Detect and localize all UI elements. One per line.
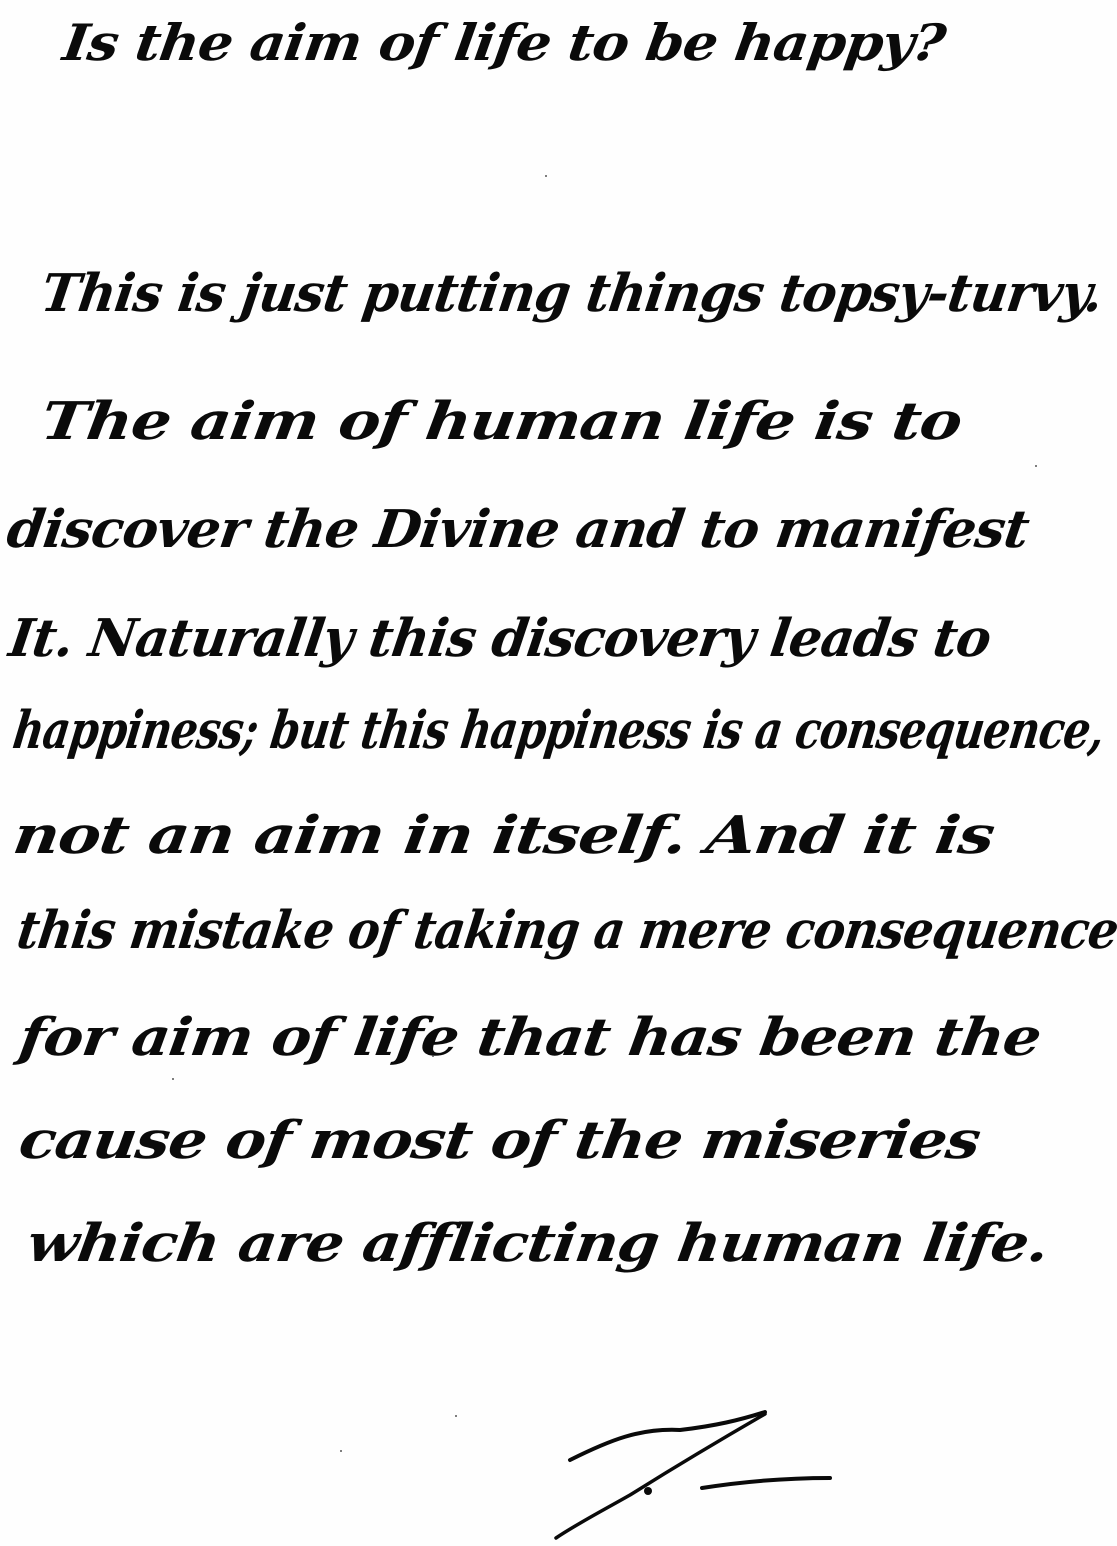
text-line: which are afflicting human life. (24, 1218, 1051, 1270)
signature-icon (540, 1400, 860, 1546)
question-heading: Is the aim of life to be happy? (60, 18, 948, 68)
paper-speck (455, 1415, 457, 1417)
text-line: this mistake of taking a mere consequenc… (14, 905, 1117, 957)
text-line: discover the Divine and to manifest (4, 504, 1031, 556)
text-line: The aim of human life is to (38, 396, 965, 448)
text-line: happiness; but this happiness is a conse… (10, 705, 1107, 757)
text-line: This is just putting things topsy-turvy. (38, 268, 1105, 320)
paper-speck (432, 1055, 434, 1057)
paper-speck (1035, 465, 1037, 467)
text-line: It. Naturally this discovery leads to (6, 613, 994, 665)
text-line: for aim of life that has been the (16, 1012, 1044, 1064)
text-line: not an aim in itself. And it is (10, 810, 997, 862)
paper-speck (545, 175, 547, 177)
text-line: cause of most of the miseries (16, 1115, 983, 1167)
handwritten-page: Is the aim of life to be happy? This is … (0, 0, 1117, 1546)
paper-speck (340, 1450, 342, 1452)
paper-speck (172, 1078, 174, 1080)
